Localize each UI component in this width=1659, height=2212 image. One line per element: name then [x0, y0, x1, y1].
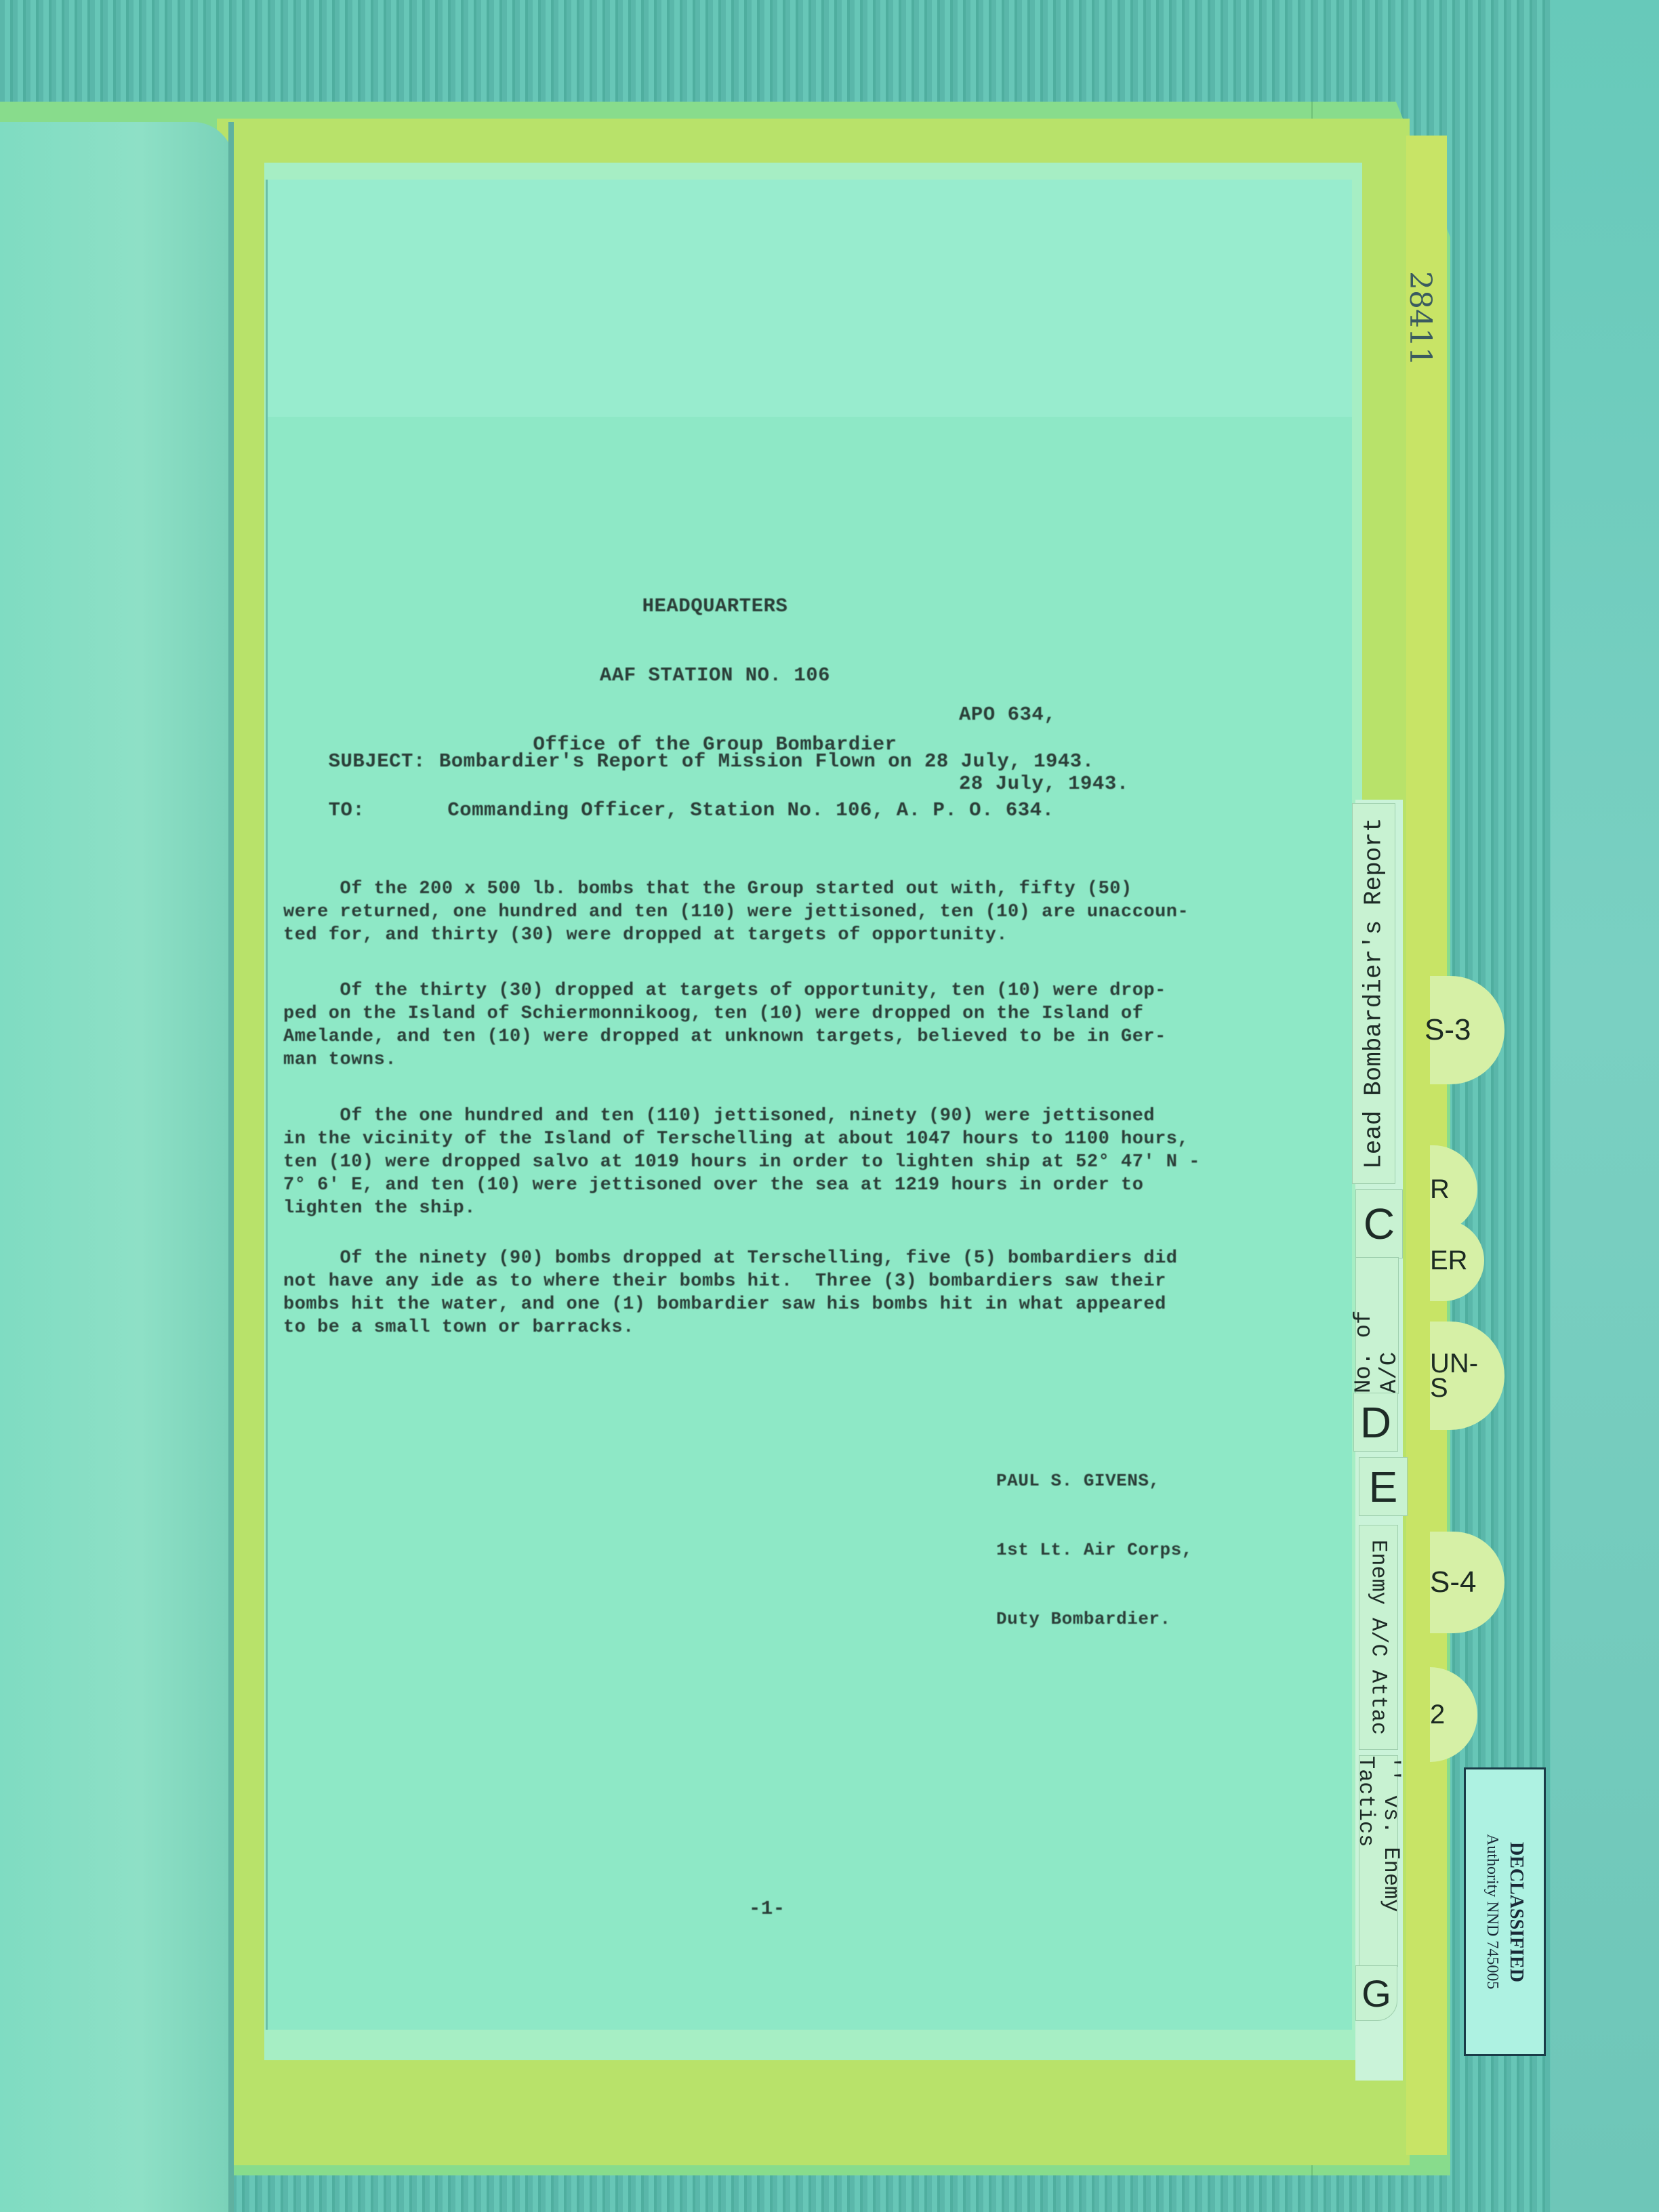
page-top-band [268, 180, 1352, 417]
background-edge [1551, 0, 1659, 2212]
subject-text: Bombardier's Report of Mission Flown on … [439, 750, 1094, 773]
tab-enemy-ac-attacks[interactable]: Enemy A/C Attac [1359, 1525, 1398, 1750]
tab-g[interactable]: G [1355, 1965, 1397, 2021]
tab-letter: G [1361, 1971, 1391, 2015]
tab-vs-enemy-tactics[interactable]: '' vs. Enemy Tactics [1359, 1755, 1398, 1967]
tab-label-text: Lead Bombardier's Report [1360, 818, 1388, 1169]
tab-label-text: '' vs. Enemy Tactics [1353, 1756, 1404, 1966]
page-number: -1- [749, 1898, 785, 1921]
stamp-line1: DECLASSIFIED [1505, 1842, 1527, 1982]
stamp-line2: Authority NND 745005 [1483, 1834, 1501, 1989]
round-tab-label: S-4 [1430, 1565, 1476, 1599]
tab-c[interactable]: C [1355, 1189, 1403, 1258]
to-label: TO: [329, 799, 365, 821]
letterhead-line1: HEADQUARTERS [268, 595, 1162, 618]
tab-lead-bombardiers-report[interactable]: Lead Bombardier's Report [1352, 803, 1395, 1184]
handwritten-note: 28411 [1403, 271, 1437, 366]
tab-d[interactable]: D [1353, 1393, 1398, 1452]
document-page: HEADQUARTERS AAF STATION NO. 106 Office … [268, 180, 1352, 2030]
left-page [0, 122, 234, 2212]
tab-letter: D [1360, 1397, 1391, 1448]
tab-no-of-ac[interactable]: No. of A/C [1355, 1257, 1399, 1394]
round-tab-label: UN- S [1430, 1351, 1478, 1400]
tab-label-text: No. of A/C [1351, 1258, 1403, 1393]
signature-block: PAUL S. GIVENS, 1st Lt. Air Corps, Duty … [996, 1423, 1193, 1677]
tab-letter: E [1369, 1462, 1398, 1512]
paragraph-1: Of the 200 x 500 lb. bombs that the Grou… [283, 878, 1189, 947]
subject-label: SUBJECT: [329, 750, 426, 773]
round-tab-label: S-3 [1425, 1013, 1471, 1047]
signer-title: Duty Bombardier. [996, 1607, 1193, 1631]
paragraph-2: Of the thirty (30) dropped at targets of… [283, 979, 1166, 1071]
tab-e[interactable]: E [1359, 1457, 1408, 1516]
tab-label-text: Enemy A/C Attac [1366, 1540, 1391, 1735]
round-tab-label: ER [1430, 1246, 1468, 1276]
round-tab-label: R [1430, 1174, 1450, 1205]
round-tab-label: 2 [1430, 1700, 1445, 1730]
tab-letter: C [1364, 1199, 1395, 1249]
to-line: TO:Commanding Officer, Station No. 106, … [280, 776, 1054, 845]
signer-name: PAUL S. GIVENS, [996, 1469, 1193, 1492]
apo-number: APO 634, [959, 703, 1129, 726]
paragraph-4: Of the ninety (90) bombs dropped at Ters… [283, 1247, 1178, 1339]
declassified-stamp: DECLASSIFIED Authority NND 745005 [1464, 1767, 1546, 2056]
page-spine [228, 122, 234, 2212]
paragraph-3: Of the one hundred and ten (110) jettiso… [283, 1105, 1200, 1220]
signer-rank: 1st Lt. Air Corps, [996, 1538, 1193, 1561]
to-text: Commanding Officer, Station No. 106, A. … [447, 799, 1054, 821]
